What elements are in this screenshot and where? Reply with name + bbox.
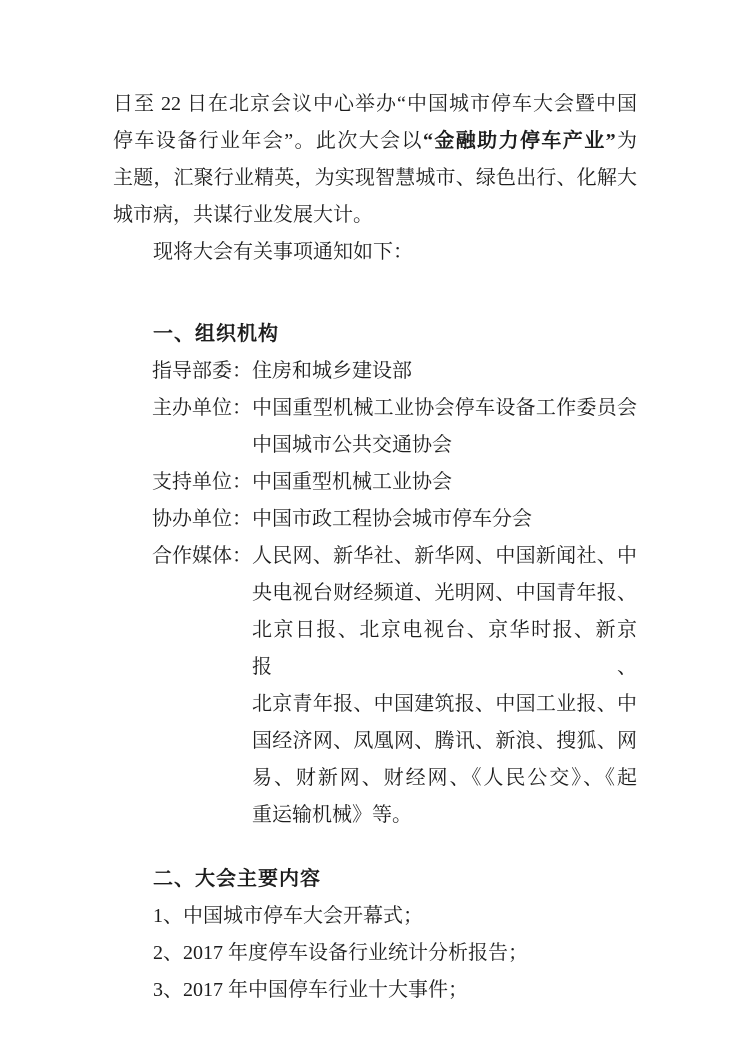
agenda-item: 1、中国城市停车大会开幕式；: [113, 898, 637, 935]
org-entry-value: 北京青年报、中国建筑报、中国工业报、中: [252, 686, 637, 723]
org-entry-label: 指导部委：: [152, 353, 252, 390]
notice-lead-in: 现将大会有关事项通知如下：: [113, 234, 637, 271]
org-entry-value: 中国重型机械工业协会: [252, 464, 637, 501]
agenda-item: 2、2017 年度停车设备行业统计分析报告；: [113, 935, 637, 972]
org-entry-label: 协办单位：: [152, 501, 252, 538]
paragraph-text: 为: [616, 130, 637, 152]
org-entry-value: 重运输机械》等。: [252, 797, 637, 834]
org-entry-label: 主办单位：: [152, 390, 252, 427]
org-entry-host: 主办单位： 中国重型机械工业协会停车设备工作委员会 中国城市公共交通协会: [113, 390, 637, 464]
org-entry-supporter: 支持单位： 中国重型机械工业协会: [113, 464, 637, 501]
org-entry-value: 住房和城乡建设部: [252, 353, 637, 390]
org-entry-value: 中国市政工程协会城市停车分会: [252, 501, 637, 538]
org-entry-label: 合作媒体：: [152, 538, 252, 575]
section-2-heading: 二、大会主要内容: [113, 861, 637, 898]
org-entry-value: 北京日报、北京电视台、京华时报、新京报、: [252, 612, 637, 686]
org-entry-guiding-ministry: 指导部委： 住房和城乡建设部: [113, 353, 637, 390]
paragraph-line: 主题，汇聚行业精英，为实现智慧城市、绿色出行、化解大: [113, 160, 637, 197]
org-entry-value: 人民网、新华社、新华网、中国新闻社、中: [252, 538, 637, 575]
org-entry-value: 易、财新网、财经网、《人民公交》、《起: [252, 760, 637, 797]
org-entry-label: 支持单位：: [152, 464, 252, 501]
document-page: 日至 22 日在北京会议中心举办“中国城市停车大会暨中国 停车设备行业年会”。此…: [0, 0, 750, 1060]
org-entry-value: 国经济网、凤凰网、腾讯、新浪、搜狐、网: [252, 723, 637, 760]
agenda-item: 3、2017 年中国停车行业十大事件；: [113, 972, 637, 1009]
document-content: 日至 22 日在北京会议中心举办“中国城市停车大会暨中国 停车设备行业年会”。此…: [113, 86, 637, 1009]
paragraph-text: 停车设备行业年会”。此次大会以: [113, 130, 423, 152]
org-entry-co-organizer: 协办单位： 中国市政工程协会城市停车分会: [113, 501, 637, 538]
section-1-heading: 一、组织机构: [113, 316, 637, 353]
org-entry-value: 中国城市公共交通协会: [252, 427, 637, 464]
paragraph-line: 城市病，共谋行业发展大计。: [113, 197, 637, 234]
org-entry-value: 央电视台财经频道、光明网、中国青年报、: [252, 575, 637, 612]
org-entry-media-partners: 合作媒体： 人民网、新华社、新华网、中国新闻社、中 央电视台财经频道、光明网、中…: [113, 538, 637, 834]
paragraph-line: 日至 22 日在北京会议中心举办“中国城市停车大会暨中国: [113, 86, 637, 123]
emphasized-theme-text: “金融助力停车产业”: [423, 130, 616, 152]
org-entry-value: 中国重型机械工业协会停车设备工作委员会: [252, 390, 637, 427]
paragraph-line: 停车设备行业年会”。此次大会以“金融助力停车产业”为: [113, 123, 637, 160]
